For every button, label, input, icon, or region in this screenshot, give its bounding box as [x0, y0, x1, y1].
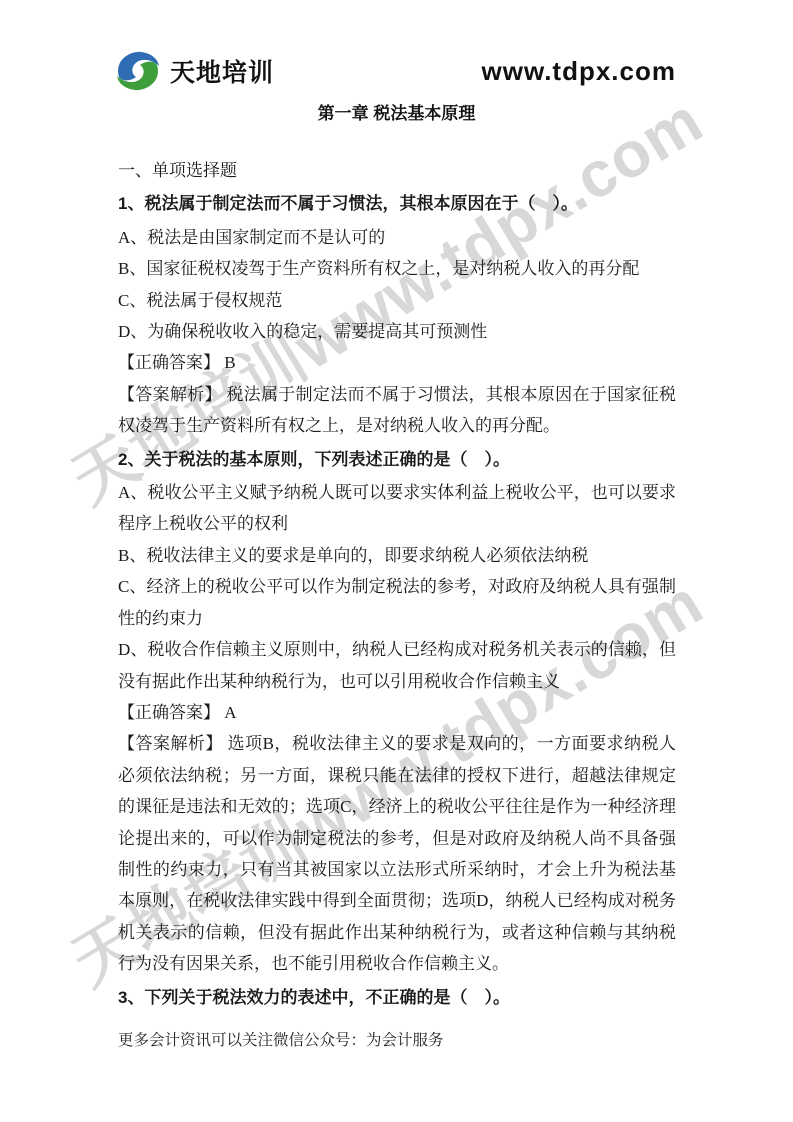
option-line: B、税收法律主义的要求是单向的，即要求纳税人必须依法纳税 [118, 540, 676, 571]
page-title: 第一章 税法基本原理 [0, 99, 793, 124]
option-line: C、税法属于侵权规范 [118, 285, 676, 316]
analysis-line: 【答案解析】 选项B，税收法律主义的要求是双向的，一方面要求纳税人必须依法纳税；… [118, 728, 676, 979]
page-header: 天地培训 www.tdpx.com [112, 46, 676, 96]
option-line: A、税法是由国家制定而不是认可的 [118, 222, 676, 253]
document-page: 天地培训www.tdpx.com 天地培训www.tdpx.com 天地培训 w… [0, 0, 793, 1122]
question-list: 一、单项选择题 1、税法属于制定法而不属于习惯法，其根本原因在于（ ）。A、税法… [118, 155, 676, 1015]
logo-text: 天地培训 [170, 53, 274, 89]
option-line: B、国家征税权凌驾于生产资料所有权之上，是对纳税人收入的再分配 [118, 253, 676, 284]
option-line: C、经济上的税收公平可以作为制定税法的参考，对政府及纳税人具有强制性的约束力 [118, 571, 676, 634]
correct-answer-line: 【正确答案】 B [118, 347, 676, 378]
option-line: D、为确保税收收入的稳定，需要提高其可预测性 [118, 316, 676, 347]
option-line: A、税收公平主义赋予纳税人既可以要求实体利益上税收公平，也可以要求程序上税收公平… [118, 477, 676, 540]
section-heading: 一、单项选择题 [118, 155, 676, 186]
correct-answer-line: 【正确答案】 A [118, 697, 676, 728]
question-stem: 2、关于税法的基本原则，下列表述正确的是（ ）。 [118, 444, 676, 475]
logo-swirl-icon [112, 48, 164, 94]
website-url: www.tdpx.com [482, 56, 677, 87]
analysis-line: 【答案解析】 税法属于制定法而不属于习惯法，其根本原因在于国家征税权凌驾于生产资… [118, 379, 676, 442]
question-stem: 1、税法属于制定法而不属于习惯法，其根本原因在于（ ）。 [118, 188, 676, 219]
logo: 天地培训 [112, 48, 274, 94]
option-line: D、税收合作信赖主义原则中，纳税人已经构成对税务机关表示的信赖，但没有据此作出某… [118, 634, 676, 697]
question-stem: 3、下列关于税法效力的表述中，不正确的是（ ）。 [118, 982, 676, 1013]
page-footer: 更多会计资讯可以关注微信公众号：为会计服务 [118, 1028, 444, 1050]
